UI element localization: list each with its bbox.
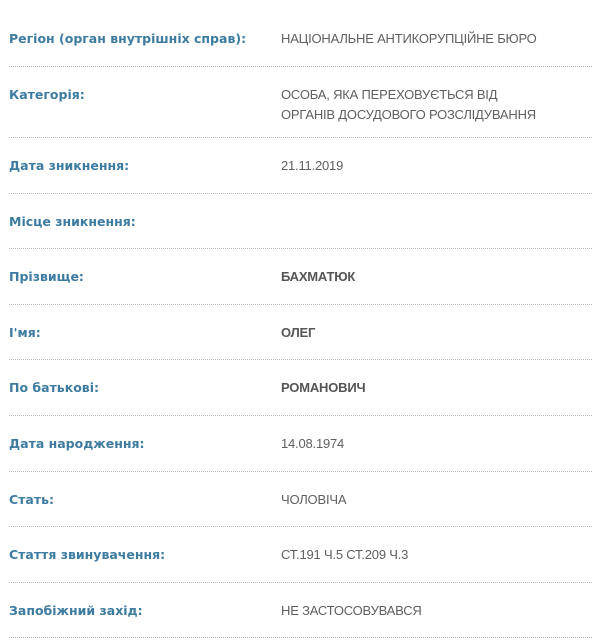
row-disappearance-place: Місце зникнення:	[9, 194, 592, 250]
charge-article-value: СТ.191 Ч.5 СТ.209 Ч.3	[281, 545, 592, 582]
birth-date-label: Дата народження:	[9, 434, 281, 471]
row-disappearance-date: Дата зникнення: 21.11.2019	[9, 138, 592, 194]
row-region: Регіон (орган внутрішніх справ): НАЦІОНА…	[9, 11, 592, 67]
disappearance-place-value	[281, 212, 592, 249]
disappearance-place-label: Місце зникнення:	[9, 212, 281, 249]
row-category: Категорія: ОСОБА, ЯКА ПЕРЕХОВУЄТЬСЯ ВІД …	[9, 67, 592, 138]
disappearance-date-label: Дата зникнення:	[9, 156, 281, 193]
preventive-measure-value: НЕ ЗАСТОСОВУВАВСЯ	[281, 601, 592, 638]
row-patronymic: По батькові: РОМАНОВИЧ	[9, 360, 592, 416]
first-name-label: І'мя:	[9, 323, 281, 360]
disappearance-date-value: 21.11.2019	[281, 156, 592, 193]
category-value: ОСОБА, ЯКА ПЕРЕХОВУЄТЬСЯ ВІД ОРГАНІВ ДОС…	[281, 85, 541, 137]
category-label: Категорія:	[9, 85, 281, 137]
birth-date-value: 14.08.1974	[281, 434, 592, 471]
row-first-name: І'мя: ОЛЕГ	[9, 305, 592, 361]
surname-value: БАХМАТЮК	[281, 267, 592, 304]
person-details-table: Регіон (орган внутрішніх справ): НАЦІОНА…	[9, 11, 592, 638]
first-name-value: ОЛЕГ	[281, 323, 592, 360]
charge-article-label: Стаття звинувачення:	[9, 545, 281, 582]
sex-label: Стать:	[9, 490, 281, 527]
preventive-measure-label: Запобіжний захід:	[9, 601, 281, 638]
patronymic-value: РОМАНОВИЧ	[281, 378, 592, 415]
row-sex: Стать: ЧОЛОВІЧА	[9, 472, 592, 528]
row-surname: Прізвище: БАХМАТЮК	[9, 249, 592, 305]
patronymic-label: По батькові:	[9, 378, 281, 415]
row-preventive-measure: Запобіжний захід: НЕ ЗАСТОСОВУВАВСЯ	[9, 583, 592, 639]
region-value: НАЦІОНАЛЬНЕ АНТИКОРУПЦІЙНЕ БЮРО	[281, 29, 592, 66]
surname-label: Прізвище:	[9, 267, 281, 304]
row-birth-date: Дата народження: 14.08.1974	[9, 416, 592, 472]
sex-value: ЧОЛОВІЧА	[281, 490, 592, 527]
region-label: Регіон (орган внутрішніх справ):	[9, 29, 281, 66]
row-charge-article: Стаття звинувачення: СТ.191 Ч.5 СТ.209 Ч…	[9, 527, 592, 583]
